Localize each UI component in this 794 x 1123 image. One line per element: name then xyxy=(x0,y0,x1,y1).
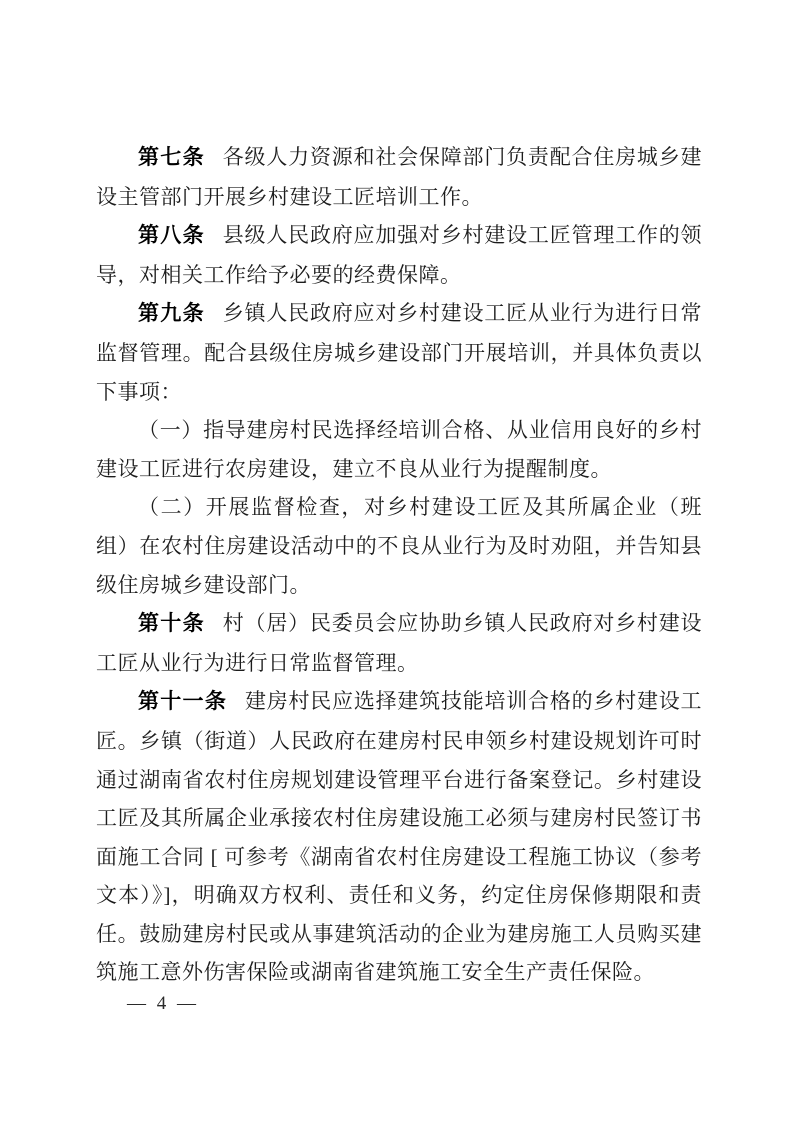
article-text: （一）指导建房村民选择经培训合格、从业信用良好的乡村建设工匠进行农房建设，建立不… xyxy=(96,418,702,481)
article-text: 建房村民应选择建筑技能培训合格的乡村建设工匠。乡镇（街道）人民政府在建房村民申领… xyxy=(96,689,702,984)
article-heading: 第九条 xyxy=(138,302,205,325)
article-heading: 第七条 xyxy=(138,146,205,169)
article-paragraph: 第九条乡镇人民政府应对乡村建设工匠从业行为进行日常监督管理。配合县级住房城乡建设… xyxy=(96,294,702,411)
article-paragraph: 第八条县级人民政府应加强对乡村建设工匠管理工作的领导，对相关工作给予必要的经费保… xyxy=(96,216,702,294)
article-text: （二）开展监督检查，对乡村建设工匠及其所属企业（班组）在农村住房建设活动中的不良… xyxy=(96,495,702,596)
document-body: 第七条各级人力资源和社会保障部门负责配合住房城乡建设主管部门开展乡村建设工匠培训… xyxy=(96,138,702,992)
list-item-paragraph: （二）开展监督检查，对乡村建设工匠及其所属企业（班组）在农村住房建设活动中的不良… xyxy=(96,488,702,604)
article-heading: 第八条 xyxy=(138,224,205,247)
article-paragraph: 第七条各级人力资源和社会保障部门负责配合住房城乡建设主管部门开展乡村建设工匠培训… xyxy=(96,138,702,216)
page-number: — 4 — xyxy=(127,993,199,1014)
article-paragraph: 第十条村（居）民委员会应协助乡镇人民政府对乡村建设工匠从业行为进行日常监督管理。 xyxy=(96,604,702,682)
list-item-paragraph: （一）指导建房村民选择经培训合格、从业信用良好的乡村建设工匠进行农房建设，建立不… xyxy=(96,411,702,488)
article-heading: 第十一条 xyxy=(138,690,227,713)
article-heading: 第十条 xyxy=(138,612,205,635)
article-paragraph: 第十一条建房村民应选择建筑技能培训合格的乡村建设工匠。乡镇（街道）人民政府在建房… xyxy=(96,682,702,992)
document-page: 第七条各级人力资源和社会保障部门负责配合住房城乡建设主管部门开展乡村建设工匠培训… xyxy=(0,0,794,1123)
page-footer: — 4 — xyxy=(127,993,199,1015)
